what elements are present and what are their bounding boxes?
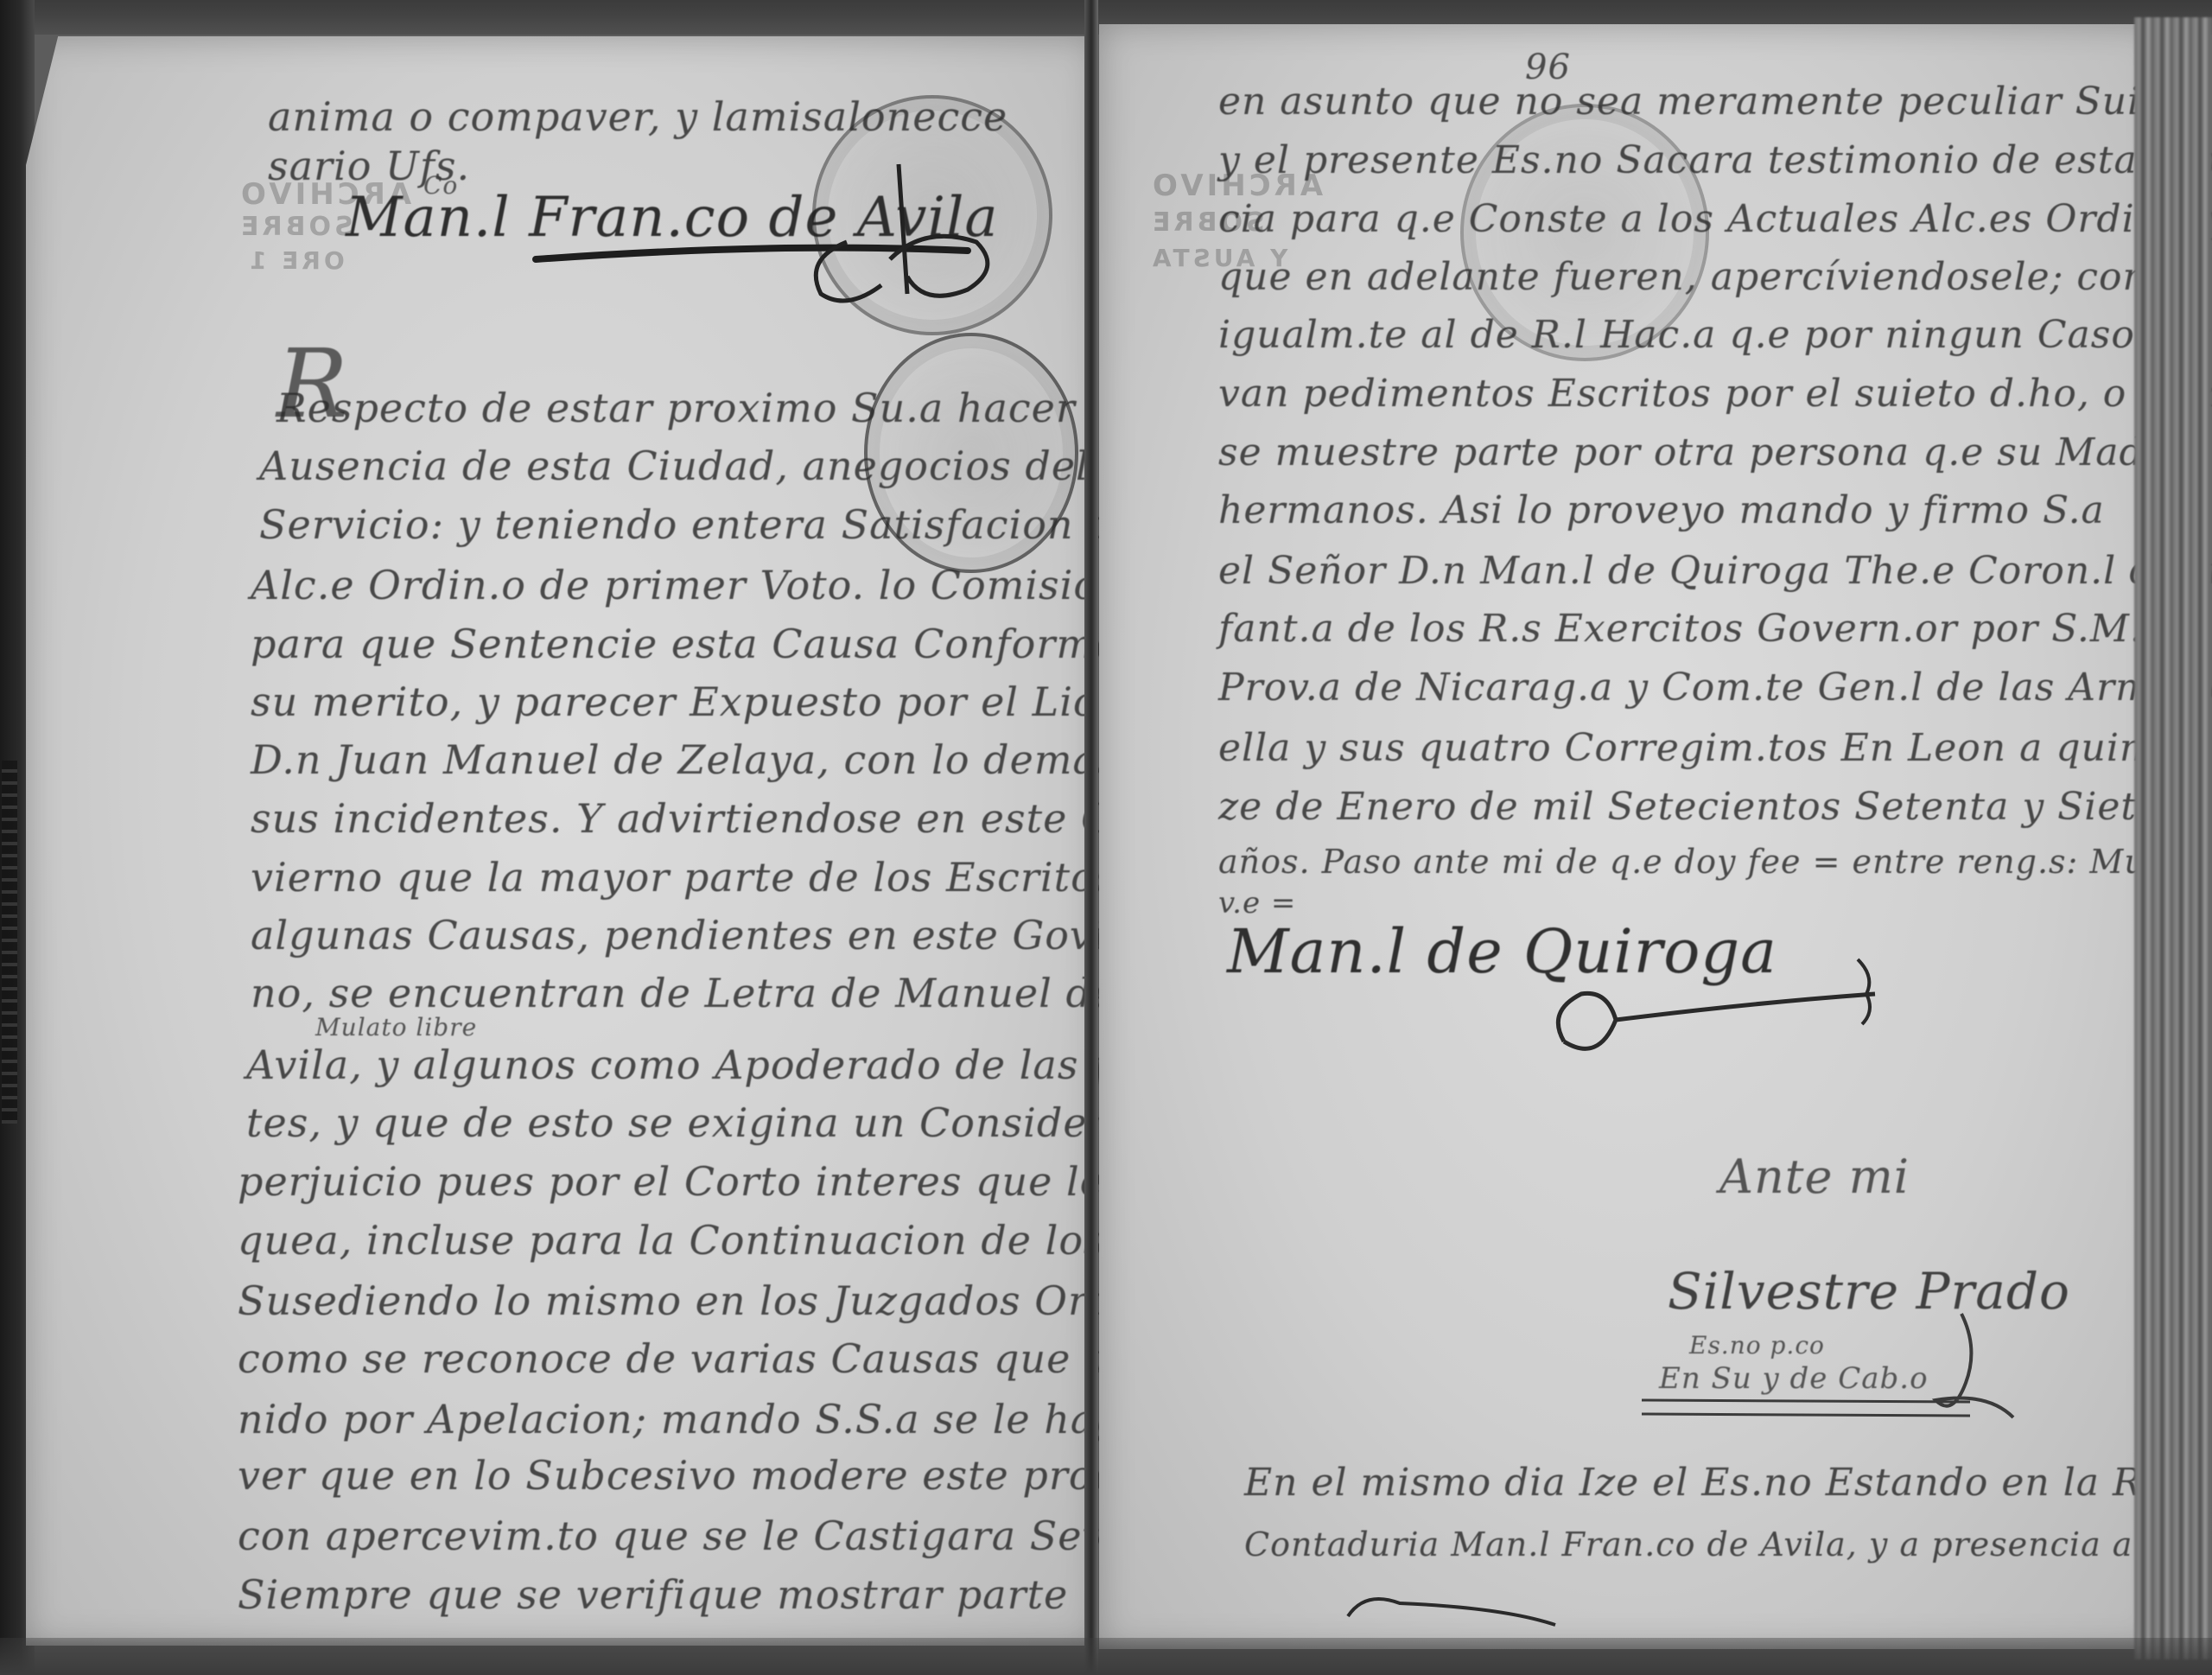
signature-rubric-flourish xyxy=(1529,942,1910,1080)
attestation-label: Ante mi xyxy=(1719,1150,1910,1204)
closing-flourish xyxy=(1331,1582,1590,1634)
text-line: perjuicio pues por el Corto interes que … xyxy=(238,1158,1205,1205)
closing-line: anima o compaver, y lamisalonecce xyxy=(268,93,1007,140)
text-line: se muestre parte por otra persona q.e su… xyxy=(1218,430,2212,474)
fore-edge-pages xyxy=(2134,17,2212,1659)
bleed-through-text: ORE 1 xyxy=(246,246,345,275)
text-line: fant.a de los R.s Exercitos Govern.or po… xyxy=(1218,607,2212,651)
book-gutter xyxy=(1084,0,1098,1675)
text-line: no, se encuentran de Letra de Manuel de xyxy=(251,970,1116,1016)
notification-line: En el mismo dia Ize el Es.no Estando en … xyxy=(1244,1461,2202,1505)
text-line: tes, y que de esto se exigina un Conside… xyxy=(246,1099,1196,1146)
text-line: su merito, y parecer Expuesto por el Lic… xyxy=(251,678,1160,725)
text-line: Respecto de estar proximo Su.a hacer xyxy=(276,385,1076,431)
text-line: Ausencia de esta Ciudad, anegocios del R… xyxy=(259,443,1196,489)
notification-line: Contaduria Man.l Fran.co de Avila, y a p… xyxy=(1244,1525,2133,1564)
stacked-pages-edge xyxy=(2,761,17,1124)
text-line: cia para q.e Conste a los Actuales Alc.e… xyxy=(1218,197,2212,241)
text-line: hermanos. Asi lo proveyo mando y firmo S… xyxy=(1218,488,2105,532)
text-line: Siempre que se verifique mostrar parte xyxy=(238,1571,1068,1618)
text-line: que en adelante fueren, apercíviendosele… xyxy=(1218,255,2183,299)
text-line: v.e = xyxy=(1218,886,1296,920)
text-line: algunas Causas, pendientes en este Govie… xyxy=(251,912,1151,959)
text-line: y el presente Es.no Sacara testimonio de… xyxy=(1218,138,2212,182)
text-line: sus incidentes. Y advirtiendose en este … xyxy=(251,795,1138,842)
text-line: en asunto que no sea meramente peculiar … xyxy=(1218,80,2177,124)
text-line: nido por Apelacion; mando S.S.a se le ha… xyxy=(238,1396,1205,1443)
bleed-through-text: SOBRE xyxy=(238,212,353,242)
text-line: vierno que la mayor parte de los Escrito… xyxy=(251,854,1181,901)
text-line: quea, incluse para la Continuacion de lo… xyxy=(238,1217,1211,1264)
text-line: ella y sus quatro Corregim.tos En Leon a… xyxy=(1218,726,2145,770)
text-line: para que Sentencie esta Causa Conforme a xyxy=(251,621,1157,667)
manuscript-scan: ARCHIVO SOBRE ORE 1 anima o compaver, y … xyxy=(0,0,2212,1675)
signature-rubric-flourish xyxy=(518,138,1089,311)
text-line: años. Paso ante mi de q.e doy fee = entr… xyxy=(1218,843,2212,881)
text-line: Prov.a de Nicarag.a y Com.te Gen.l de la… xyxy=(1218,666,2212,710)
notary-rubric-flourish xyxy=(1624,1296,2039,1435)
text-line: como se reconoce de varias Causas que an… xyxy=(238,1335,1197,1382)
text-line: Avila, y algunos como Apoderado de las p… xyxy=(246,1041,1163,1088)
text-line: van pedimentos Escritos por el suieto d.… xyxy=(1218,372,2212,416)
text-line: ze de Enero de mil Setecientos Setenta y… xyxy=(1218,785,2160,829)
text-line: igualm.te al de R.l Hac.a q.e por ningun… xyxy=(1218,313,2212,357)
interlinear-insert: Mulato libre xyxy=(315,1013,477,1041)
text-line: D.n Juan Manuel de Zelaya, con lo demas … xyxy=(251,736,1183,783)
text-line: Servicio: y teniendo entera Satisfacion … xyxy=(259,501,1152,548)
bottom-border-shadow xyxy=(0,1638,2212,1675)
text-line: el Señor D.n Man.l de Quiroga The.e Coro… xyxy=(1218,549,2212,593)
